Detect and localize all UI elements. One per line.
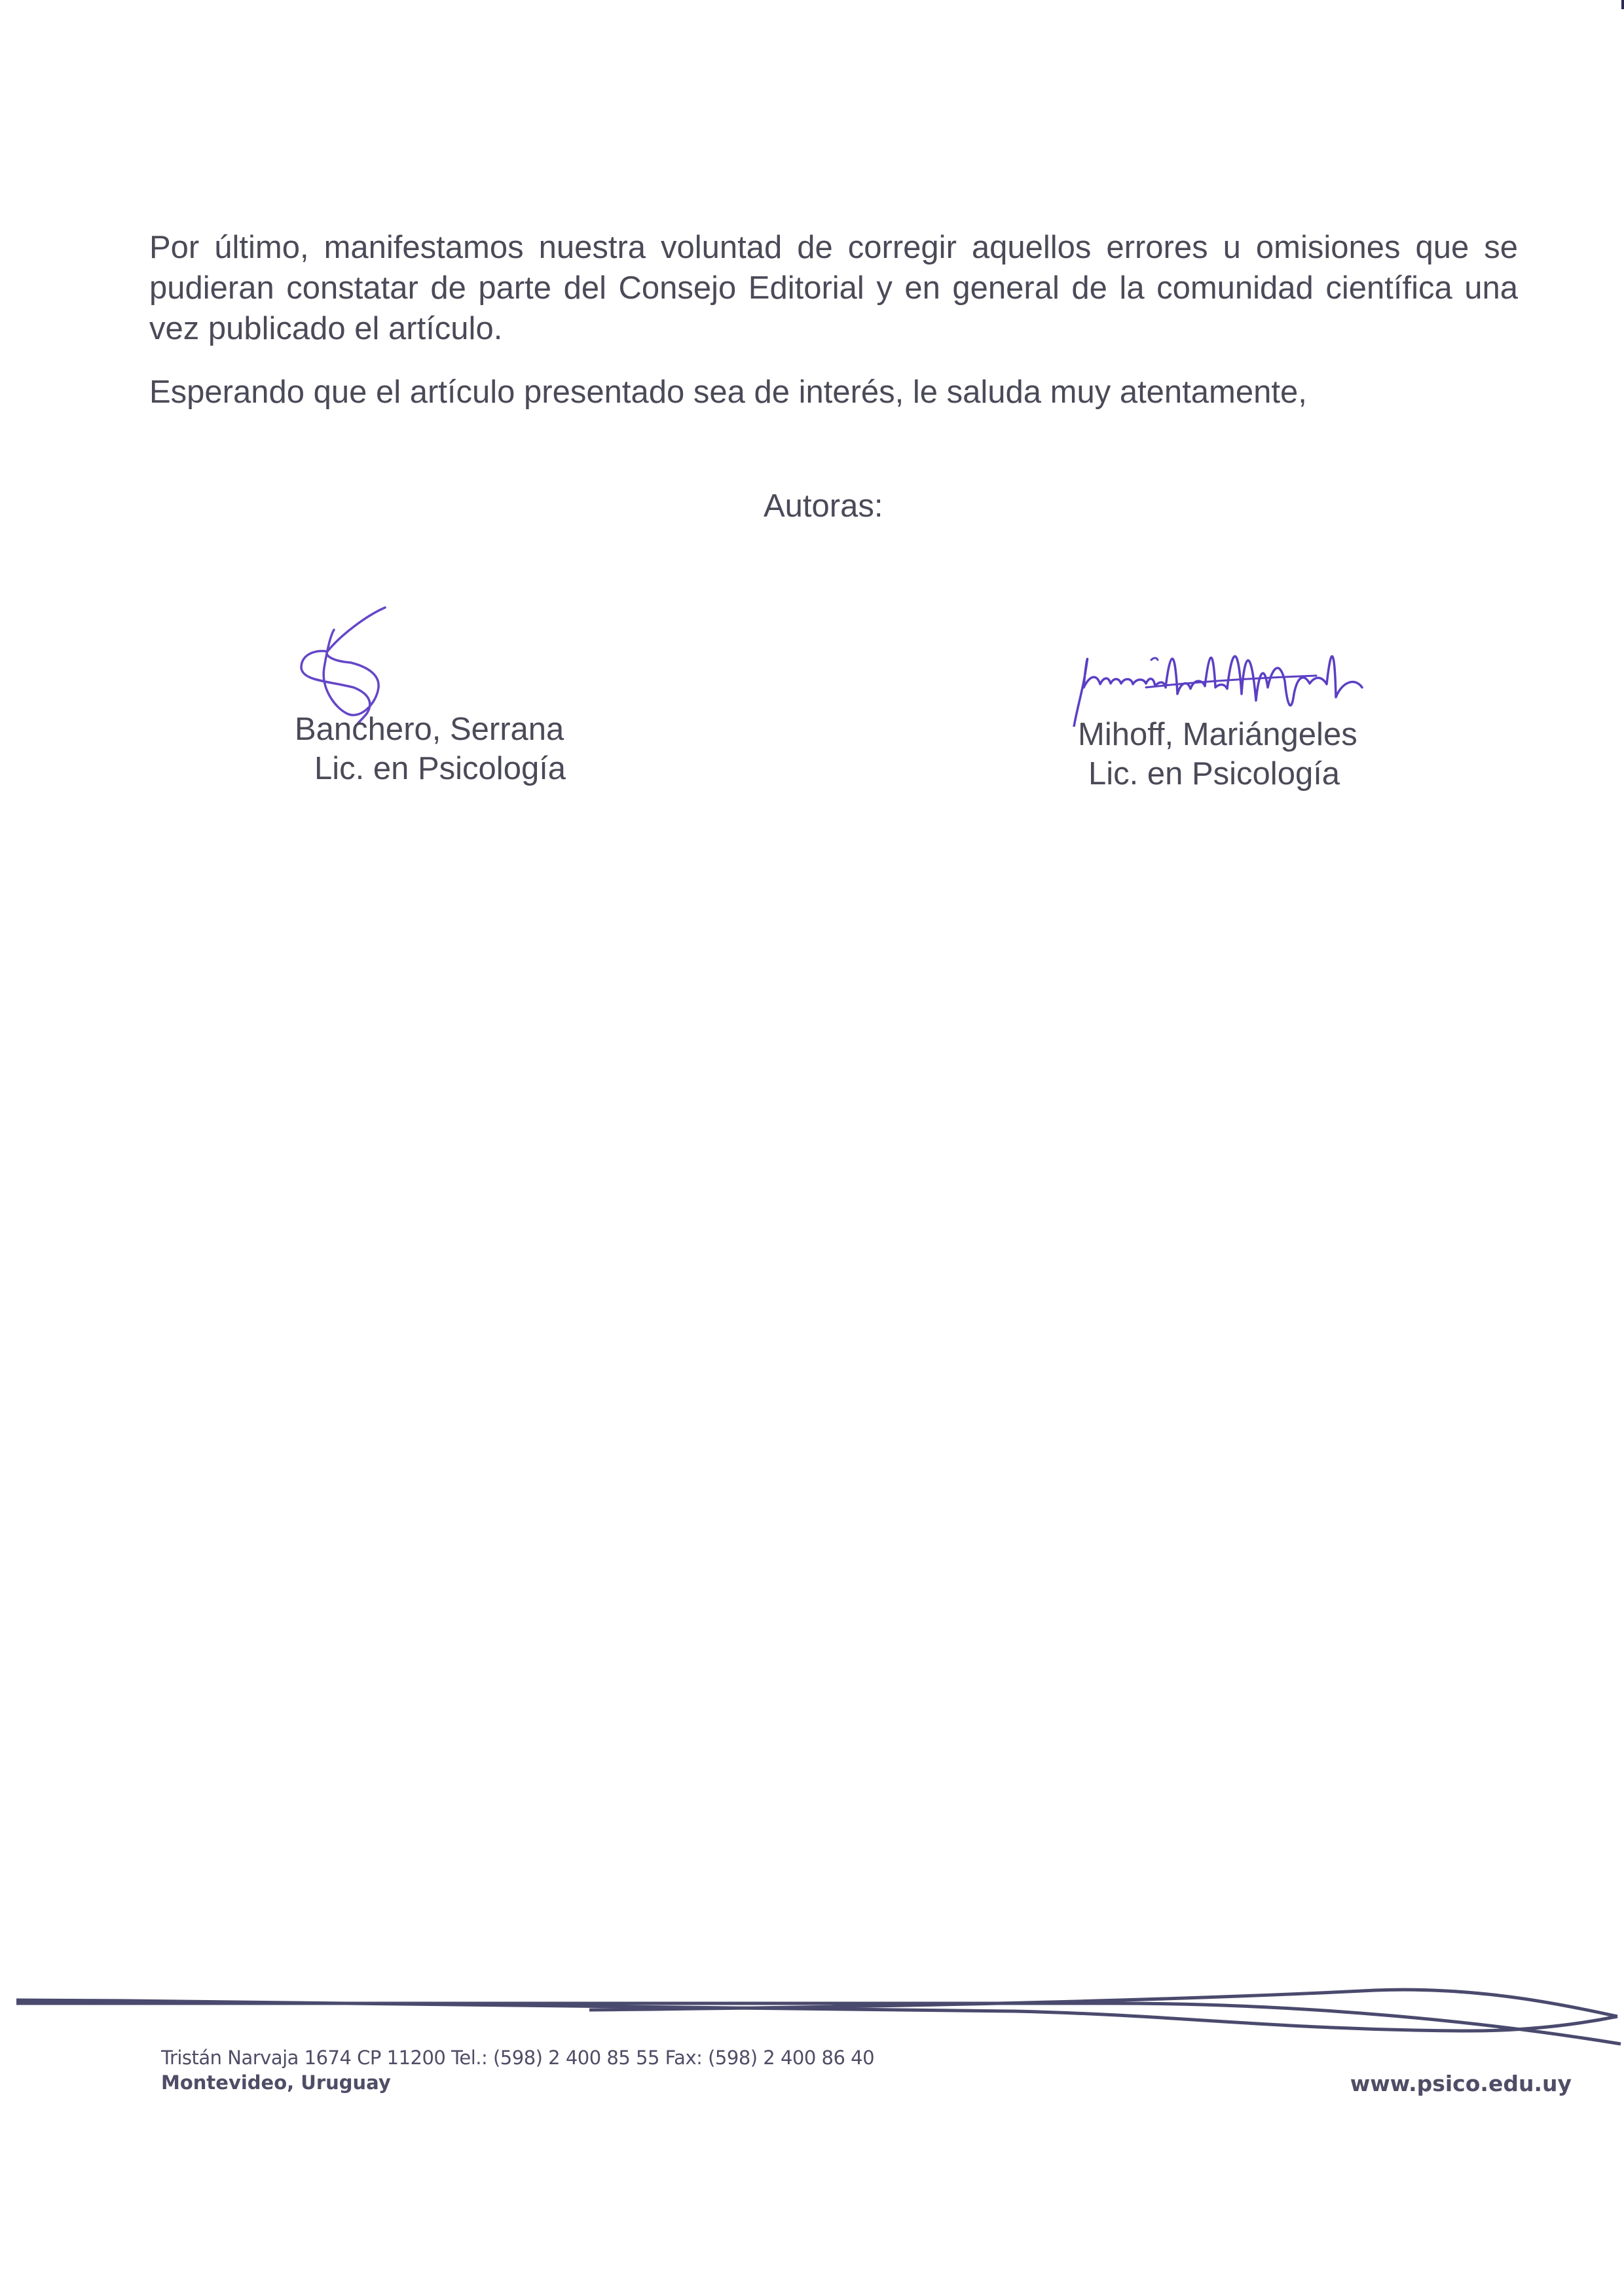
signature-banchero-icon — [288, 589, 419, 727]
authors-label: Autoras: — [764, 486, 883, 526]
footer-divider-lines — [0, 1977, 1624, 2049]
farewell-paragraph: Esperando que el artículo presentado sea… — [149, 372, 1518, 412]
signer-mihoff: Mihoff, Mariángeles Lic. en Psicología — [1078, 715, 1357, 793]
signer-banchero: Banchero, Serrana Lic. en Psicología — [295, 710, 566, 788]
signer-title: Lic. en Psicología — [1078, 754, 1357, 793]
footer-address: Tristán Narvaja 1674 CP 11200 Tel.: (598… — [161, 2045, 874, 2070]
paragraph-line: Por último, manifestamos nuestra volunta… — [149, 227, 1518, 268]
paragraph-line: pudieran constatar de parte del Consejo … — [149, 268, 1518, 308]
signature-mihoff-icon — [1048, 615, 1441, 727]
paragraph-line: vez publicado el artículo. — [149, 308, 1518, 349]
signer-name: Banchero, Serrana — [295, 710, 566, 749]
footer-city: Montevideo, Uruguay — [161, 2070, 391, 2095]
scan-corner-mark — [1621, 0, 1624, 9]
paragraph-line: Esperando que el artículo presentado sea… — [149, 372, 1518, 412]
footer-website-link[interactable]: www.psico.edu.uy — [1350, 2071, 1572, 2096]
signer-title: Lic. en Psicología — [295, 749, 566, 788]
signer-name: Mihoff, Mariángeles — [1078, 715, 1357, 754]
closing-paragraph: Por último, manifestamos nuestra volunta… — [149, 227, 1518, 349]
